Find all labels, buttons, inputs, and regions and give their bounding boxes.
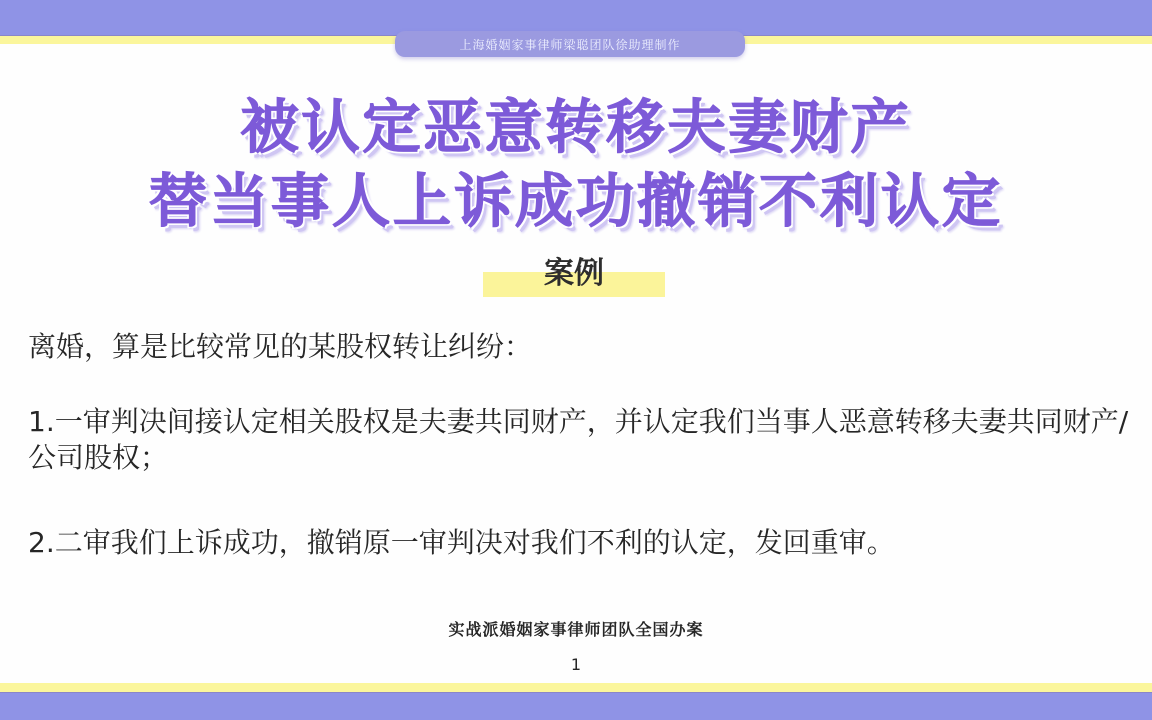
paragraph-point-1: 1.一审判决间接认定相关股权是夫妻共同财产，并认定我们当事人恶意转移夫妻共同财产… — [28, 404, 1138, 476]
credit-text: 上海婚姻家事律师梁聪团队徐助理制作 — [459, 36, 680, 53]
title-line-1: 被认定恶意转移夫妻财产 — [0, 80, 1152, 164]
paragraph-intro: 离婚，算是比较常见的某股权转让纠纷： — [28, 329, 1138, 365]
footer-slogan: 实战派婚姻家事律师团队全国办案 — [0, 617, 1152, 640]
bottom-band — [0, 692, 1152, 720]
paragraph-point-2: 2.二审我们上诉成功，撤销原一审判决对我们不利的认定，发回重审。 — [28, 525, 1138, 561]
section-heading: 案例 — [483, 246, 665, 298]
bottom-yellow-stripe — [0, 683, 1152, 692]
title-line-2: 替当事人上诉成功撤销不利认定 — [0, 154, 1152, 238]
section-label: 案例 — [483, 248, 665, 292]
page-number: 1 — [0, 655, 1152, 674]
credit-banner: 上海婚姻家事律师梁聪团队徐助理制作 — [395, 31, 745, 57]
